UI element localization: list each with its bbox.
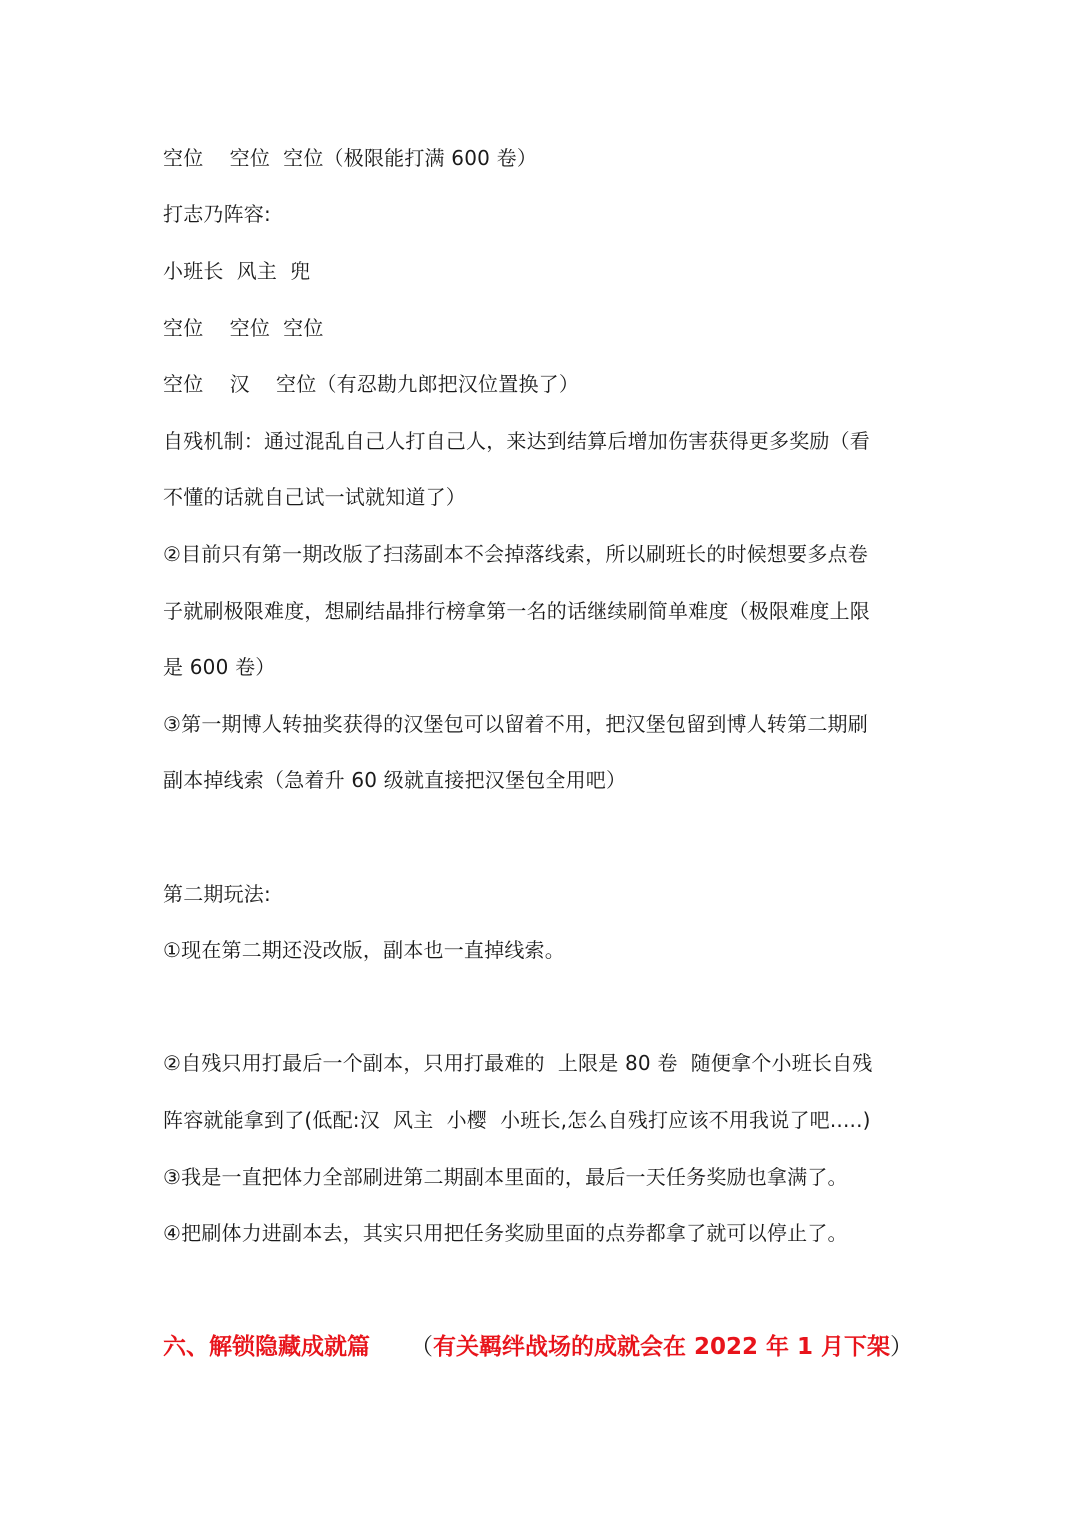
text-line-phase-2-label: 第二期玩法: (163, 880, 923, 908)
document-page: 空位 空位 空位（极限能打满 600 卷） 打志乃阵容: 小班长 风主 兜 空位… (0, 0, 1080, 1527)
text-line-phase-2-tip-1: ①现在第二期还没改版，副本也一直掉线索。 (163, 936, 923, 964)
text-line-tip-3-cont: 副本掉线索（急着升 60 级就直接把汉堡包全用吧） (163, 766, 923, 794)
text-line-tip-3: ③第一期博人转抽奖获得的汉堡包可以留着不用，把汉堡包留到博人转第二期刷 (163, 710, 923, 738)
text-line-phase-2-tip-4: ④把刷体力进副本去，其实只用把任务奖励里面的点券都拿了就可以停止了。 (163, 1219, 923, 1247)
text-line-phase-2-tip-3: ③我是一直把体力全部刷进第二期副本里面的，最后一天任务奖励也拿满了。 (163, 1163, 923, 1191)
text-line-phase-2-tip-2-cont: 阵容就能拿到了(低配:汉 风主 小樱 小班长,怎么自残打应该不用我说了吧....… (163, 1106, 923, 1134)
heading-open-paren: （ (410, 1334, 433, 1360)
text-line-shino-row-3: 空位 汉 空位（有忍勘九郎把汉位置换了） (163, 370, 923, 398)
text-line-phase-2-tip-2: ②自残只用打最后一个副本，只用打最难的 上限是 80 卷 随便拿个小班长自残 (163, 1049, 923, 1077)
text-line-shino-row-2: 空位 空位 空位 (163, 314, 923, 342)
text-line-self-damage-mechanism-cont: 不懂的话就自己试一试就知道了） (163, 483, 923, 511)
section-heading: 六、解锁隐藏成就篇（有关羁绊战场的成就会在 2022 年 1 月下架） (163, 1331, 943, 1363)
text-line-tip-2-end: 是 600 卷） (163, 653, 923, 681)
text-line-self-damage-mechanism: 自残机制：通过混乱自己人打自己人，来达到结算后增加伤害获得更多奖励（看 (163, 427, 923, 455)
text-line-formation-row-3: 空位 空位 空位（极限能打满 600 卷） (163, 144, 923, 172)
section-heading-title: 六、解锁隐藏成就篇 (163, 1334, 370, 1360)
text-line-tip-2-cont: 子就刷极限难度，想刷结晶排行榜拿第一名的话继续刷简单难度（极限难度上限 (163, 597, 923, 625)
text-line-shino-row-1: 小班长 风主 兜 (163, 257, 923, 285)
heading-close-paren: ） (890, 1334, 913, 1360)
text-line-shino-formation-label: 打志乃阵容: (163, 200, 923, 228)
text-line-tip-2: ②目前只有第一期改版了扫荡副本不会掉落线索，所以刷班长的时候想要多点卷 (163, 540, 923, 568)
section-heading-note: 有关羁绊战场的成就会在 2022 年 1 月下架 (433, 1334, 890, 1360)
